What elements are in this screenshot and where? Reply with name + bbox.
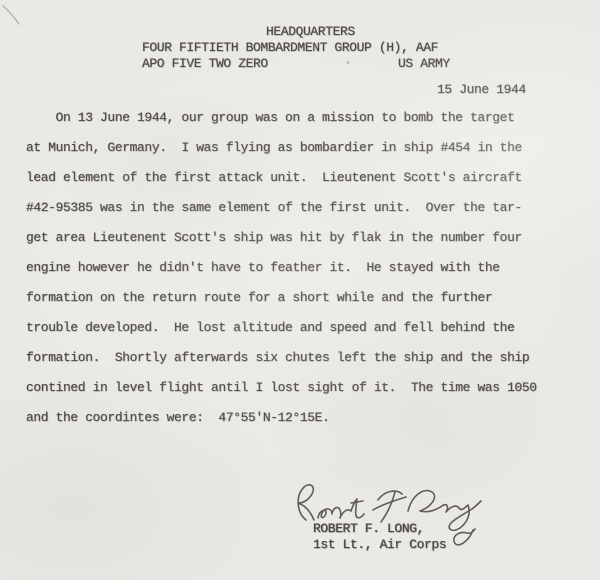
document-page: HEADQUARTERS FOUR FIFTIETH BOMBARDMENT G… [0, 0, 600, 580]
header-us-army: US ARMY [398, 56, 450, 71]
report-body: On 13 June 1944, our group was on a miss… [26, 103, 537, 433]
body-line: formation. Shortly afterwards six chutes… [26, 343, 537, 373]
header-apo: APO FIVE TWO ZERO [142, 56, 268, 71]
body-line: formation on the return route for a shor… [26, 283, 537, 313]
body-line: engine however he didn't have to feather… [26, 253, 537, 283]
body-line: trouble developed. He lost altitude and … [26, 313, 537, 343]
body-line: contined in level flight antil I lost si… [26, 373, 537, 403]
body-line: get area Lieutenent Scott's ship was hit… [26, 223, 537, 253]
body-line: On 13 June 1944, our group was on a miss… [26, 103, 537, 133]
signature-typed-name: ROBERT F. LONG, [313, 521, 424, 536]
pencil-mark [0, 0, 30, 30]
body-line: at Munich, Germany. I was flying as bomb… [26, 133, 537, 163]
body-line: and the coordintes were: 47°55'N-12°15E. [26, 403, 537, 433]
body-line: #42-95385 was in the same element of the… [26, 193, 537, 223]
body-line: lead element of the first attack unit. L… [26, 163, 537, 193]
signature-typed-title: 1st Lt., Air Corps [313, 537, 446, 552]
header-headquarters: HEADQUARTERS [266, 24, 355, 39]
header-unit-name: FOUR FIFTIETH BOMBARDMENT GROUP (H), AAF [142, 40, 438, 55]
document-date: 15 June 1944 [437, 82, 526, 97]
header-separator-dot: · [344, 55, 351, 70]
